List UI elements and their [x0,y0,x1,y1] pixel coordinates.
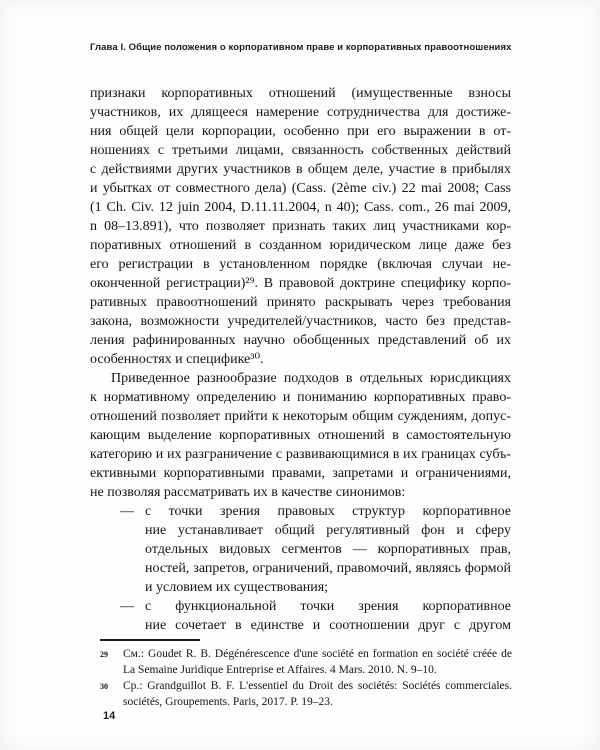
footnote-line: La Semaine Juridique Entreprise et Affai… [123,662,512,678]
text-line: и условием их существования; [145,578,511,597]
text-line: Приведенное разнообразие подходов в отде… [90,369,511,388]
text-line: кающим выделение корпоративных отношений… [90,426,511,445]
text-line: отдельных видовых сегментов — корпоратив… [145,540,511,559]
footnote-30: 30 Ср.: Grandguillot B. F. L'essentiel d… [100,678,512,710]
text-line: ления рафинированных научно обобщенных п… [90,331,511,350]
text-line: ние сочетает в единстве и соотношении др… [145,616,511,635]
text-line: оконченной регистрации)²⁹. В правовой до… [90,274,511,293]
footnote-marker: 29 [100,647,108,663]
text-line: закона, возможности учредителей/участник… [90,312,511,331]
text-line: категорию и их разграничение с развивающ… [90,445,511,464]
footnote-29: 29 См.: Goudet R. B. Dégénérescence d'un… [100,646,512,678]
bullet-item-1: — с точки зрения правовых структур корпо… [145,502,511,597]
book-page: Глава I. Общие положения о корпоративном… [0,0,600,750]
page-number: 14 [103,710,115,722]
text-line: его регистрации в установленном порядке … [90,255,511,274]
body-text: признаки корпоративных отношений (имущес… [90,84,511,635]
text-line: ния общей цели корпорации, особенно при … [90,122,511,141]
footnote-line: Ср.: Grandguillot B. F. L'essentiel du D… [123,678,512,694]
text-line: ние устанавливает общий регулятивный фон… [145,521,511,540]
paragraph-1: признаки корпоративных отношений (имущес… [90,84,511,369]
text-line: не позволяя рассматривать их в качестве … [90,483,511,502]
text-line: участников, их длящееся намерение сотруд… [90,103,511,122]
text-line: отношений позволяет прийти к некоторым о… [90,407,511,426]
bullet-item-2: — с функциональной точки зрения корпорат… [145,597,511,635]
bullet-dash: — [120,597,134,616]
text-line: признаки корпоративных отношений (имущес… [90,84,511,103]
text-line: особенностях и специфике³⁰. [90,350,511,369]
text-line: с точки зрения правовых структур корпора… [145,502,511,521]
footnote-line: См.: Goudet R. B. Dégénérescence d'une s… [123,646,512,662]
footnote-marker: 30 [100,679,108,695]
text-line: к нормативному определению и пониманию к… [90,388,511,407]
text-line: с действиями других участников в общем д… [90,160,511,179]
footnotes: 29 См.: Goudet R. B. Dégénérescence d'un… [100,646,512,710]
paragraph-2: Приведенное разнообразие подходов в отде… [90,369,511,502]
text-line: ративных правоотношений принято раскрыва… [90,293,511,312]
text-line: ношениях с третьими лицами, связанность … [90,141,511,160]
text-line: (1 Ch. Civ. 12 juin 2004, D.11.11.2004, … [90,198,511,217]
footnote-divider [100,639,200,641]
running-head: Глава I. Общие положения о корпоративном… [90,42,511,53]
text-line: с функциональной точки зрения корпоратив… [145,597,511,616]
text-line: поративных отношений в созданном юридиче… [90,236,511,255]
text-line: и убытках от совместного дела) (Cass. (2… [90,179,511,198]
text-line: n 08–13.891), что позволяет признать так… [90,217,511,236]
footnote-line: sociétés, Groupements. Paris, 2017. P. 1… [123,694,512,710]
text-line: ективными корпоративными правами, запрет… [90,464,511,483]
bullet-dash: — [120,502,134,521]
text-line: ностей, запретов, ограничений, правомочи… [145,559,511,578]
